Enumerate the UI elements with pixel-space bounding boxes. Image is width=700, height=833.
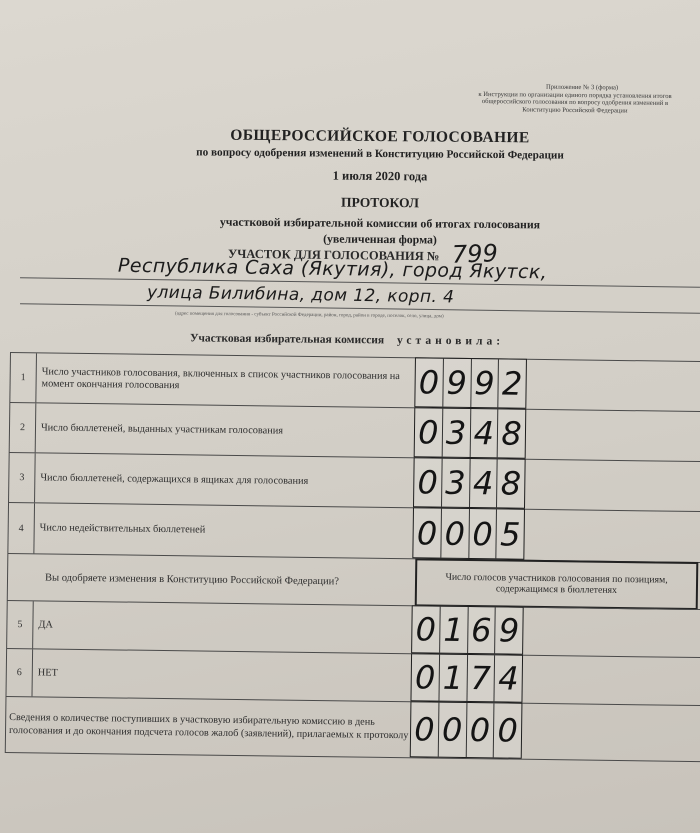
row-label: Число участников голосования, включенных… [41, 353, 412, 407]
document-date: 1 июля 2020 года [100, 167, 660, 187]
digit-cell: 5 [497, 509, 524, 558]
answer-label: ДА [38, 601, 409, 653]
digit-cell: 9 [471, 359, 499, 407]
answer-label: НЕТ [37, 649, 408, 701]
digit-boxes: 0 3 4 8 [413, 457, 526, 508]
digit-cell: 0 [413, 508, 441, 557]
digit-cell: 1 [439, 655, 467, 701]
row-number: 1 [9, 353, 37, 402]
table-border [5, 697, 7, 752]
row-number: 6 [5, 649, 33, 696]
appendix-note: Приложение № 3 (форма) к Инструкции по о… [440, 83, 700, 116]
complaints-label: Сведения о количестве поступивших в учас… [9, 697, 410, 757]
protocol-document: Приложение № 3 (форма) к Инструкции по о… [0, 0, 700, 833]
digit-cell: 0 [466, 703, 494, 757]
row-number: 3 [8, 453, 36, 502]
digit-cell: 7 [467, 655, 495, 701]
digit-cell: 0 [411, 654, 439, 700]
digit-boxes: 0 1 7 4 [410, 653, 523, 702]
digit-boxes: 0 3 4 8 [414, 407, 527, 458]
digit-cell: 9 [495, 607, 522, 653]
table-row: 1 Число участников голосования, включенн… [9, 352, 700, 411]
row-number: 5 [6, 601, 34, 648]
table-row: 4 Число недействительных бюллетеней 0 0 … [7, 502, 700, 562]
row-number: 4 [7, 503, 35, 553]
table-row: 3 Число бюллетеней, содержащихся в ящика… [8, 452, 700, 511]
digit-cell: 3 [442, 409, 470, 457]
digit-cell: 0 [415, 358, 443, 406]
digit-cell: 0 [494, 703, 521, 757]
commission-verb: установила: [397, 335, 504, 348]
row-label: Число недействительных бюллетеней [39, 503, 410, 558]
row-label: Число бюллетеней, выданных участникам го… [41, 403, 412, 457]
digit-boxes: 0 9 9 2 [414, 357, 527, 408]
row-label: Число бюллетеней, содержащихся в ящиках … [40, 453, 411, 507]
digit-cell: 4 [470, 459, 498, 507]
digit-cell: 4 [470, 409, 498, 457]
table-row: 2 Число бюллетеней, выданных участникам … [9, 402, 700, 461]
digit-cell: 0 [412, 606, 440, 652]
digit-cell: 8 [497, 459, 524, 507]
digit-cell: 4 [495, 655, 522, 701]
address-line-2: улица Билибина, дом 12, корп. 4 [147, 283, 455, 308]
digit-cell: 9 [443, 359, 471, 407]
digit-cell: 0 [415, 408, 443, 456]
complaints-row: Сведения о количестве поступивших в учас… [5, 696, 700, 762]
digit-cell: 6 [468, 607, 496, 653]
digit-cell: 2 [499, 359, 526, 407]
digit-cell: 8 [498, 409, 525, 457]
protocol-title: ПРОТОКОЛ [100, 193, 660, 214]
document-title: ОБЩЕРОССИЙСКОЕ ГОЛОСОВАНИЕ [100, 126, 660, 149]
votes-column-header: Число голосов участников голосования по … [415, 558, 699, 610]
commission-label: Участковая избирательная комиссия [190, 332, 384, 346]
row-number: 2 [9, 403, 37, 452]
digit-cell: 1 [440, 607, 468, 653]
digit-boxes: 0 1 6 9 [411, 605, 524, 654]
document-subtitle: по вопросу одобрения изменений в Констит… [100, 146, 660, 163]
digit-boxes: 0 0 0 5 [412, 507, 525, 559]
digit-cell: 0 [411, 702, 439, 756]
digit-cell: 0 [441, 509, 469, 558]
question-text: Вы одобряете изменения в Конституцию Рос… [37, 554, 416, 605]
digit-cell: 0 [438, 703, 466, 757]
digit-cell: 0 [469, 509, 497, 558]
results-table: 1 Число участников голосования, включенн… [5, 352, 700, 762]
table-border [7, 554, 9, 600]
digit-cell: 3 [442, 459, 470, 507]
digit-cell: 0 [414, 458, 442, 506]
commission-statement: Участковая избирательная комиссия устано… [190, 332, 504, 347]
address-caption: (адрес помещения для голосования - субъе… [175, 312, 444, 320]
digit-boxes: 0 0 0 0 [410, 701, 523, 758]
